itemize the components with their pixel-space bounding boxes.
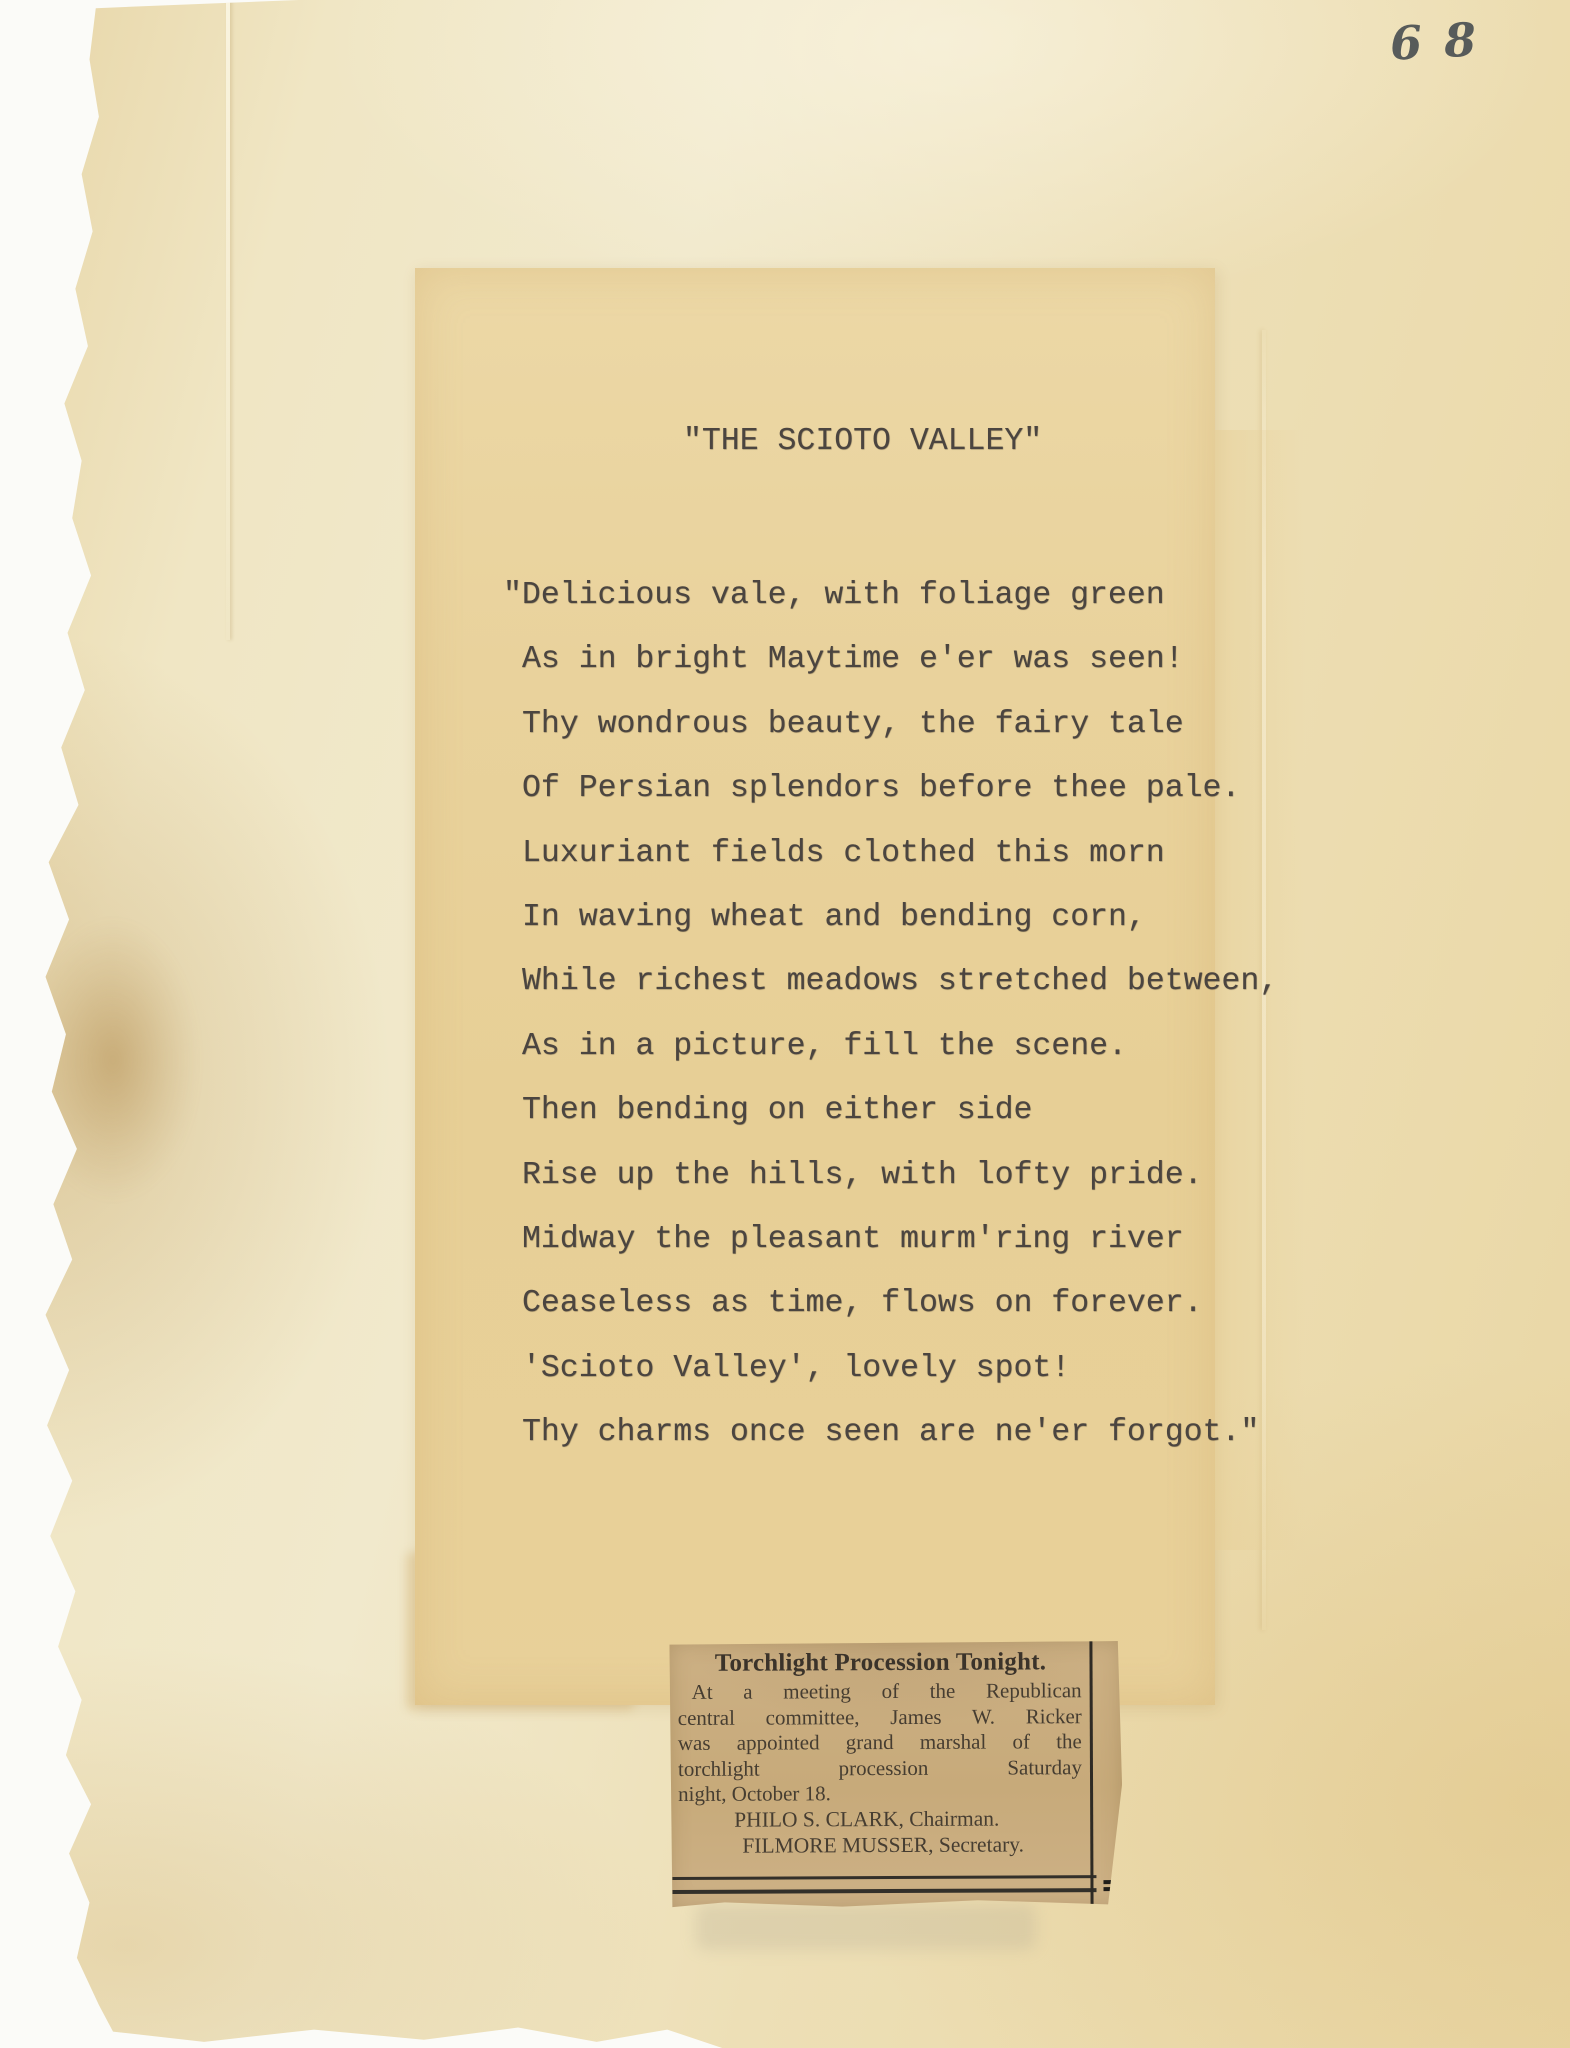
paper-stain [28,920,198,1200]
poem-line: Of Persian splendors before thee pale. [503,757,1278,821]
clipping-signature-secretary: FILMORE MUSSER, Secretary. [742,1831,1024,1858]
poem-line: 'Scioto Valley', lovely spot! [503,1337,1278,1401]
paper-crease [226,0,230,640]
newspaper-clipping: Torchlight Procession Tonight. At a meet… [669,1641,1122,1909]
poem-line: As in a picture, fill the scene. [503,1015,1278,1079]
scrapbook-page: 68 "THE SCIOTO VALLEY" "Delicious vale, … [0,0,1570,2048]
clipping-body: At a meeting of the Republican central c… [678,1678,1083,1808]
clipping-line: central committee, James W. Ricker [678,1704,1082,1731]
scanner-background: { "page": { "handwritten_number": "68" }… [0,0,1570,2048]
scanned-document: 68 "THE SCIOTO VALLEY" "Delicious vale, … [0,0,1570,2048]
page-number: 68 [1389,11,1500,71]
clipping-edge-mark [1103,1880,1117,1884]
glue-stain [696,1904,1036,1950]
poem-line: Ceaseless as time, flows on forever. [503,1272,1278,1336]
poem-line: Midway the pleasant murm'ring river [503,1208,1278,1272]
clipping-line: torchlight procession Saturday [678,1755,1082,1782]
poem-line: While richest meadows stretched between, [503,950,1278,1014]
poem-line: Rise up the hills, with lofty pride. [503,1144,1278,1208]
poem-line: "Delicious vale, with foliage green [503,564,1278,628]
clipping-line: night, October 18. [678,1781,1082,1808]
poem-text: "Delicious vale, with foliage green As i… [503,564,1278,1465]
clipping-bottom-rule [672,1875,1096,1894]
poem-line: Then bending on either side [503,1079,1278,1143]
clipping-headline: Torchlight Procession Tonight. [669,1648,1091,1678]
poem-line: Thy wondrous beauty, the fairy tale [503,693,1278,757]
poem-line: Luxuriant fields clothed this morn [503,822,1278,886]
poem-line: As in bright Maytime e'er was seen! [503,628,1278,692]
poem-line: Thy charms once seen are ne'er forgot." [503,1401,1278,1465]
poem-line: In waving wheat and bending corn, [503,886,1278,950]
clipping-line: At a meeting of the Republican [678,1678,1082,1705]
clipping-line: was appointed grand marshal of the [678,1729,1082,1756]
clipping-column-rule [1089,1641,1093,1907]
poem-title: "THE SCIOTO VALLEY" [683,424,1042,459]
clipping-edge-mark [1103,1887,1117,1891]
clipping-signature-chairman: PHILO S. CLARK, Chairman. [734,1806,999,1833]
